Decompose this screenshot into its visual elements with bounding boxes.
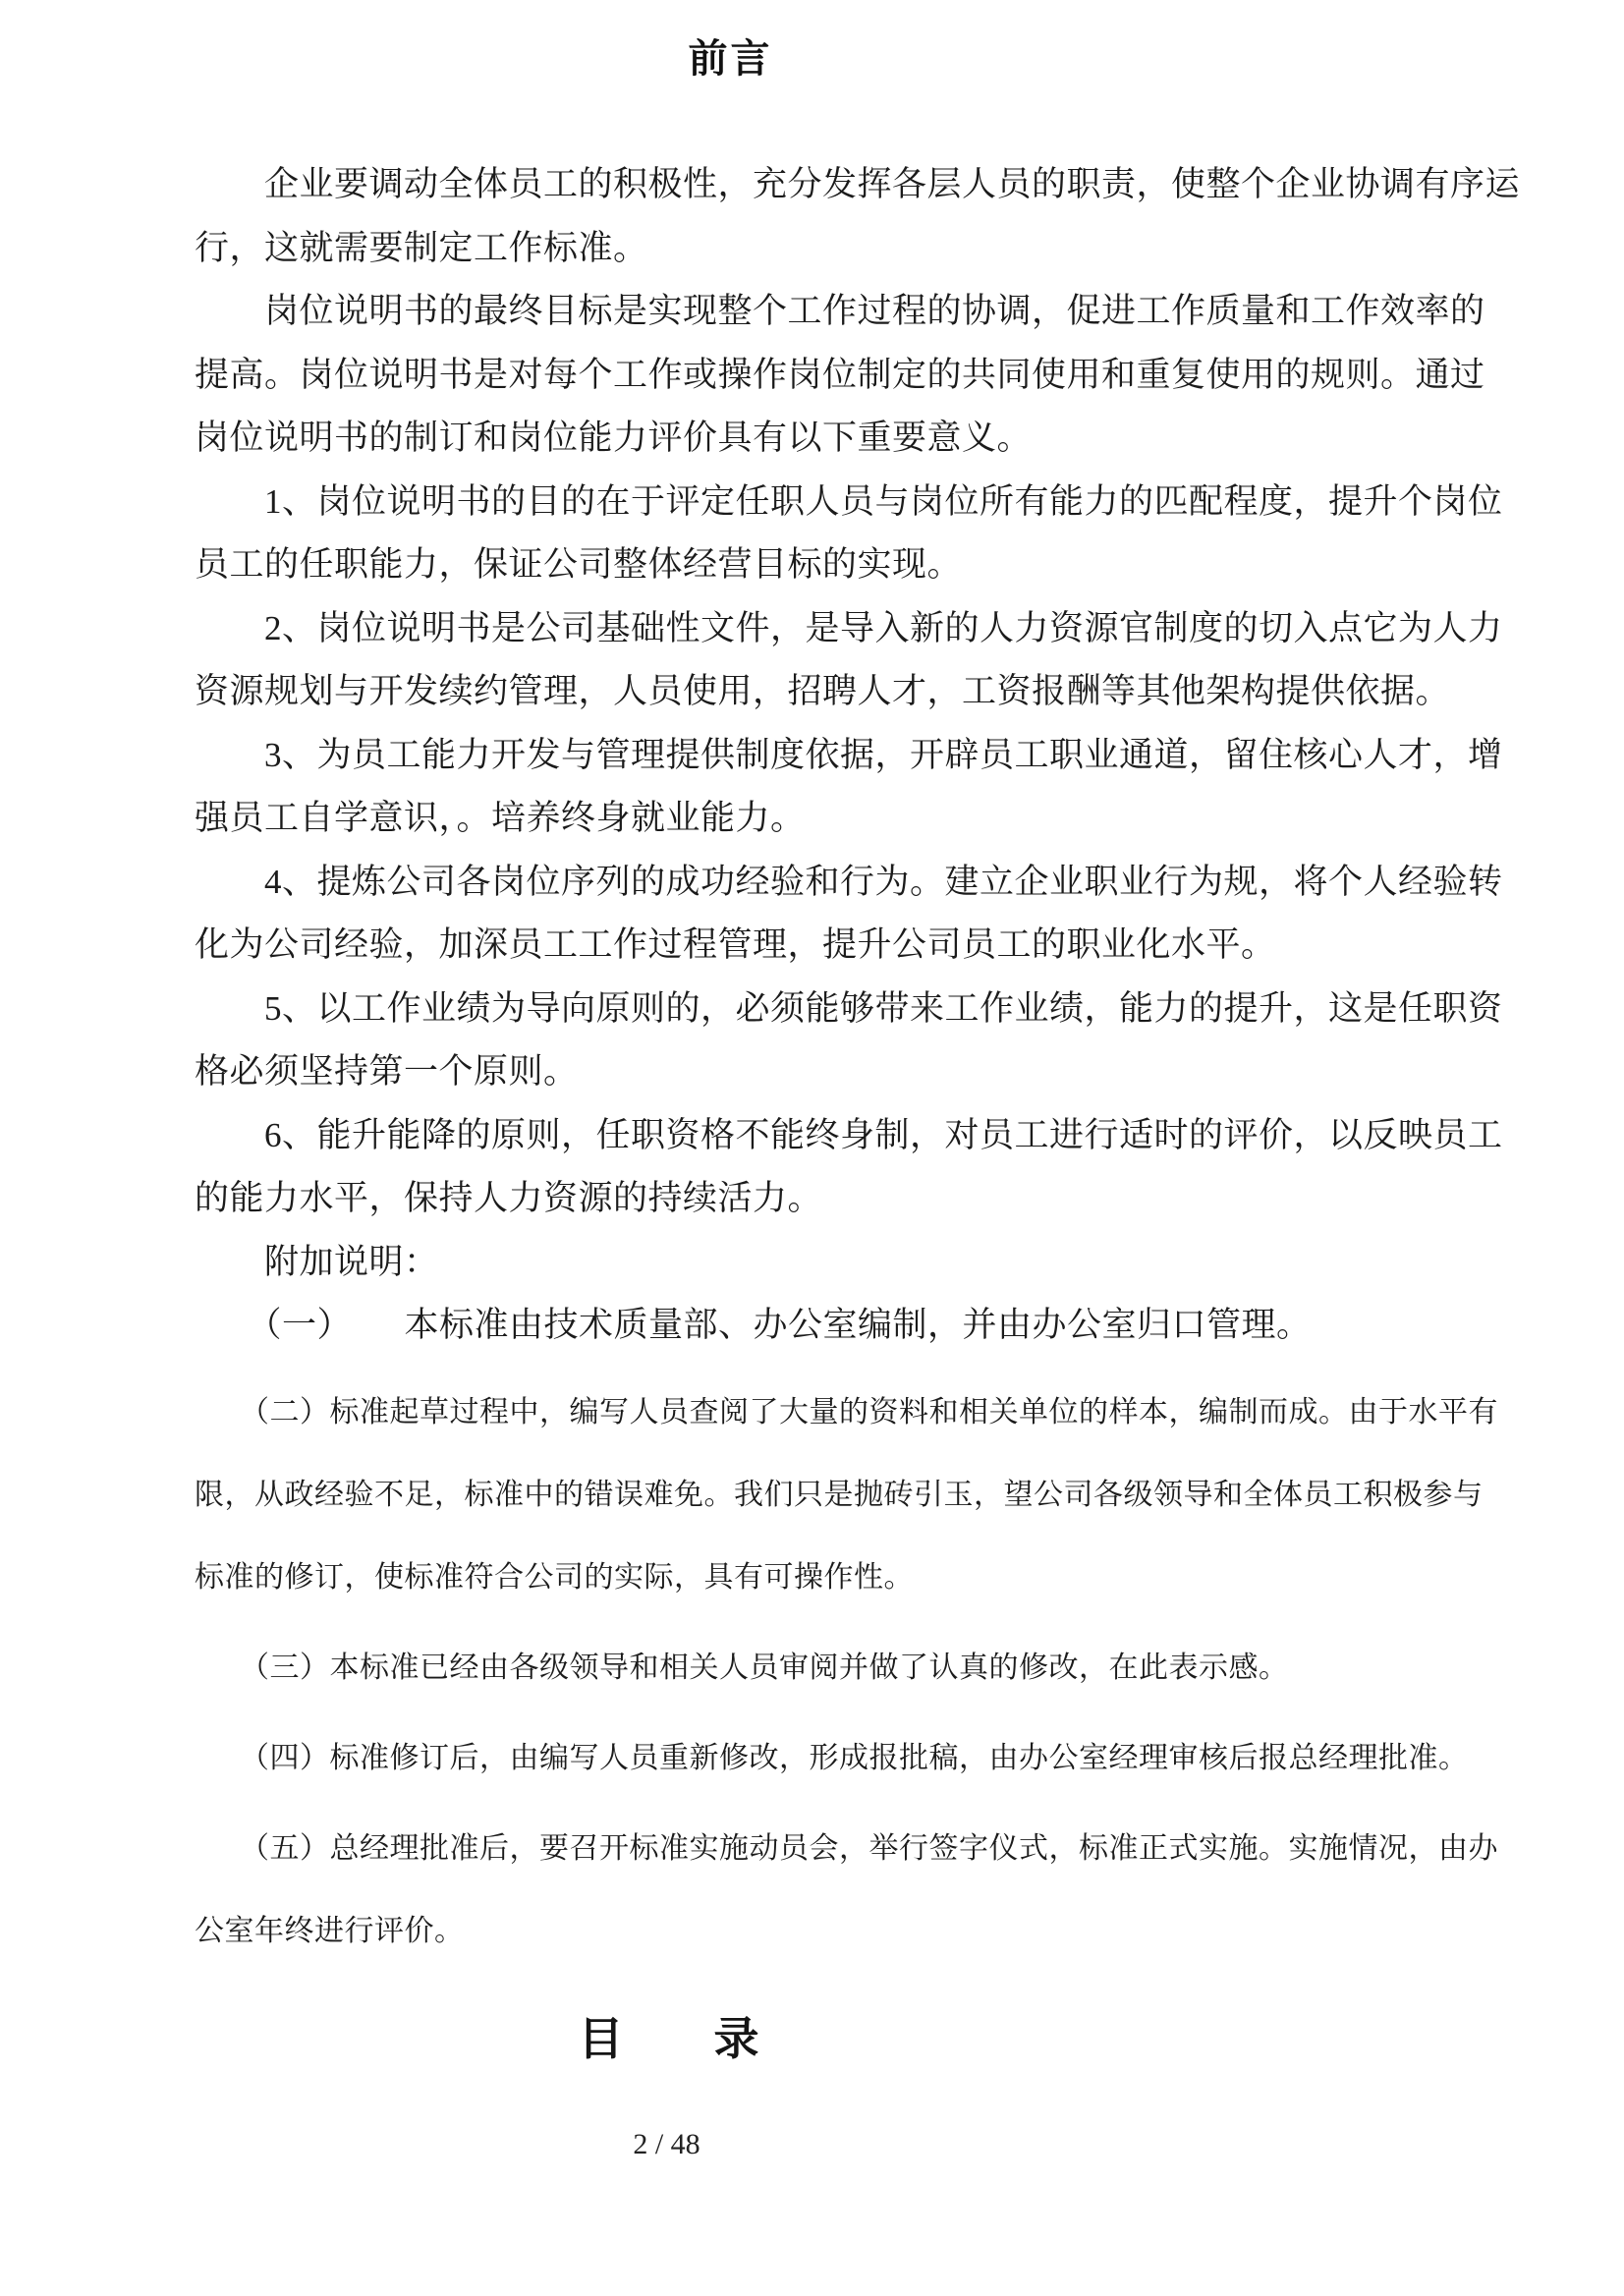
paragraph-intro-2: 岗位说明书的最终目标是实现整个工作过程的协调，促进工作质量和工作效率的 提高。岗… <box>195 280 1506 471</box>
page-number: 2 / 48 <box>11 2130 1322 2159</box>
page-title: 前言 <box>75 37 1386 81</box>
document-page: 前言 企业要调动全体员工的积极性，充分发挥各层人员的职责，使整个企业协调有序运 … <box>0 0 1624 2296</box>
paragraph-item-4: 4、提炼公司各岗位序列的成功经验和行为。建立企业职业行为规，将个人经验转 化为公… <box>195 851 1506 978</box>
paragraph-note-5: （五）总经理批准后，要召开标准实施动员会，举行签字仪式，标准正式实施。实施情况，… <box>195 1808 1506 1973</box>
paragraph-intro-1: 企业要调动全体员工的积极性，充分发挥各层人员的职责，使整个企业协调有序运 行，这… <box>195 153 1506 280</box>
preface-body: 企业要调动全体员工的积极性，充分发挥各层人员的职责，使整个企业协调有序运 行，这… <box>195 153 1506 1358</box>
paragraph-note-1: （一） 本标准由技术质量部、办公室编制，并由办公室归口管理。 <box>195 1294 1506 1358</box>
paragraph-item-3: 3、为员工能力开发与管理提供制度依据，开辟员工职业通道，留住核心人才，增 强员工… <box>195 724 1506 851</box>
paragraph-note-3: （三）本标准已经由各级领导和相关人员审阅并做了认真的修改，在此表示感。 <box>195 1627 1506 1709</box>
toc-heading: 目 录 <box>13 2017 1324 2062</box>
paragraph-item-1: 1、岗位说明书的目的在于评定任职人员与岗位所有能力的匹配程度，提升个岗位 员工的… <box>195 471 1506 597</box>
document-content: 前言 企业要调动全体员工的积极性，充分发挥各层人员的职责，使整个企业协调有序运 … <box>195 0 1506 2159</box>
paragraph-item-5: 5、以工作业绩为导向原则的，必须能够带来工作业绩，能力的提升，这是任职资 格必须… <box>195 978 1506 1104</box>
paragraph-item-6: 6、能升能降的原则，任职资格不能终身制，对员工进行适时的评价，以反映员工 的能力… <box>195 1104 1506 1231</box>
notes-body: （二）标准起草过程中，编写人员查阅了大量的资料和相关单位的样本，编制而成。由于水… <box>195 1372 1506 1973</box>
paragraph-note-4: （四）标准修订后，由编写人员重新修改，形成报批稿，由办公室经理审核后报总经理批准… <box>195 1717 1506 1800</box>
paragraph-note-2: （二）标准起草过程中，编写人员查阅了大量的资料和相关单位的样本，编制而成。由于水… <box>195 1372 1506 1619</box>
paragraph-additional-notes-label: 附加说明： <box>195 1231 1506 1295</box>
paragraph-item-2: 2、岗位说明书是公司基础性文件，是导入新的人力资源官制度的切入点它为人力 资源规… <box>195 597 1506 724</box>
